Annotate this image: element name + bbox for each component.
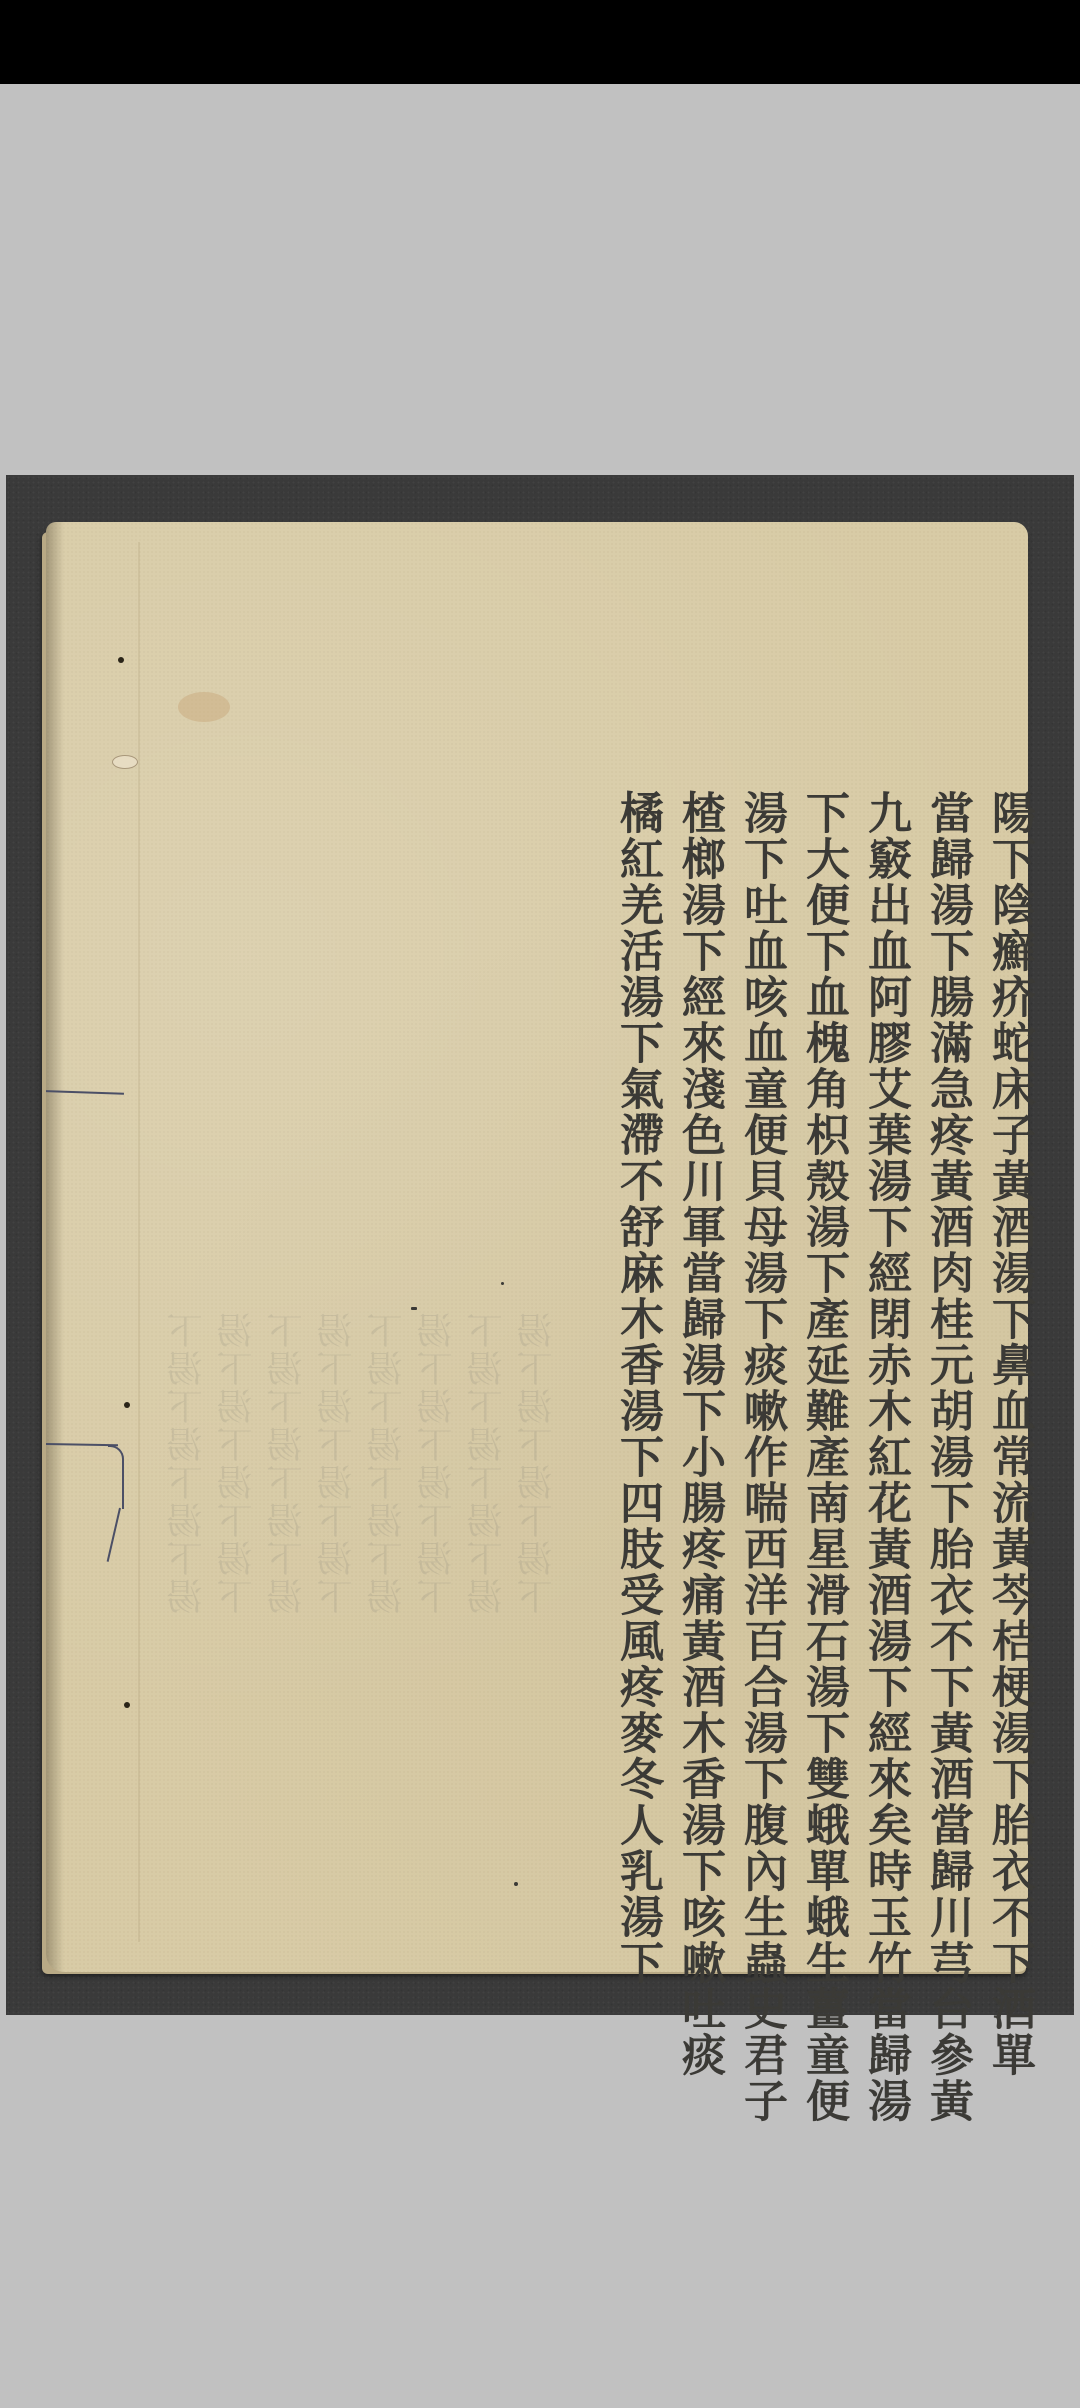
bleed-through-column: 湯下湯下湯下湯下 [316,1312,360,1616]
bleed-through-column: 下湯下湯下湯下湯 [166,1312,210,1616]
handwritten-text-block: 陽下陰癬疥蛇床子黃酒湯下鼻血常流黃芩桔梗湯下胎衣不下酒單 當歸湯下腸滿急疼黃酒肉… [580,790,1040,1910]
bleed-through-column: 湯下湯下湯下湯下 [216,1312,260,1616]
text-column-5: 湯下吐血咳血童便貝母湯下痰嗽作喘西洋百合湯下腹內生蟲史君子 [730,790,792,1910]
spine-shadow [46,522,64,1972]
text-column-4: 下大便下血槐角枳殼湯下產延難產南星滑石湯下雙蛾單蛾生薑童便 [792,790,854,1910]
ink-mark [501,1282,504,1285]
binding-thread-loop [108,1445,124,1509]
text-column-6: 楂榔湯下經來淺色川軍當歸湯下小腸疼痛黃酒木香湯下咳嗽吐痰 [668,790,730,1910]
binding-hole-torn [112,755,138,769]
top-status-bar [0,0,1080,84]
binding-hole [124,1702,130,1708]
fold-line [138,542,140,1942]
bleed-through-column: 湯下湯下湯下湯下 [516,1312,560,1616]
ink-mark [411,1307,417,1310]
text-column-3: 九竅出血阿膠艾葉湯下經閉赤木紅花黃酒湯下經來矣時玉竹當歸湯 [854,790,916,1910]
water-stain [178,692,230,722]
binding-thread-end [107,1508,121,1562]
ink-mark [514,1882,518,1886]
bleed-through-column: 下湯下湯下湯下湯 [366,1312,410,1616]
bleed-through-column: 下湯下湯下湯下湯 [266,1312,310,1616]
text-column-2: 當歸湯下腸滿急疼黃酒肉桂元胡湯下胎衣不下黃酒當歸川芎台參黃 [916,790,978,1910]
text-column-1: 陽下陰癬疥蛇床子黃酒湯下鼻血常流黃芩桔梗湯下胎衣不下酒單 [978,790,1040,1910]
bleed-through-column: 湯下湯下湯下湯下 [416,1312,460,1616]
bleed-through-column: 下湯下湯下湯下湯 [466,1312,510,1616]
text-column-7: 橘紅羌活湯下氣滯不舒麻木香湯下四肢受風疼麥冬人乳湯下 [606,790,668,1910]
binding-hole [118,657,124,663]
binding-hole [124,1402,130,1408]
